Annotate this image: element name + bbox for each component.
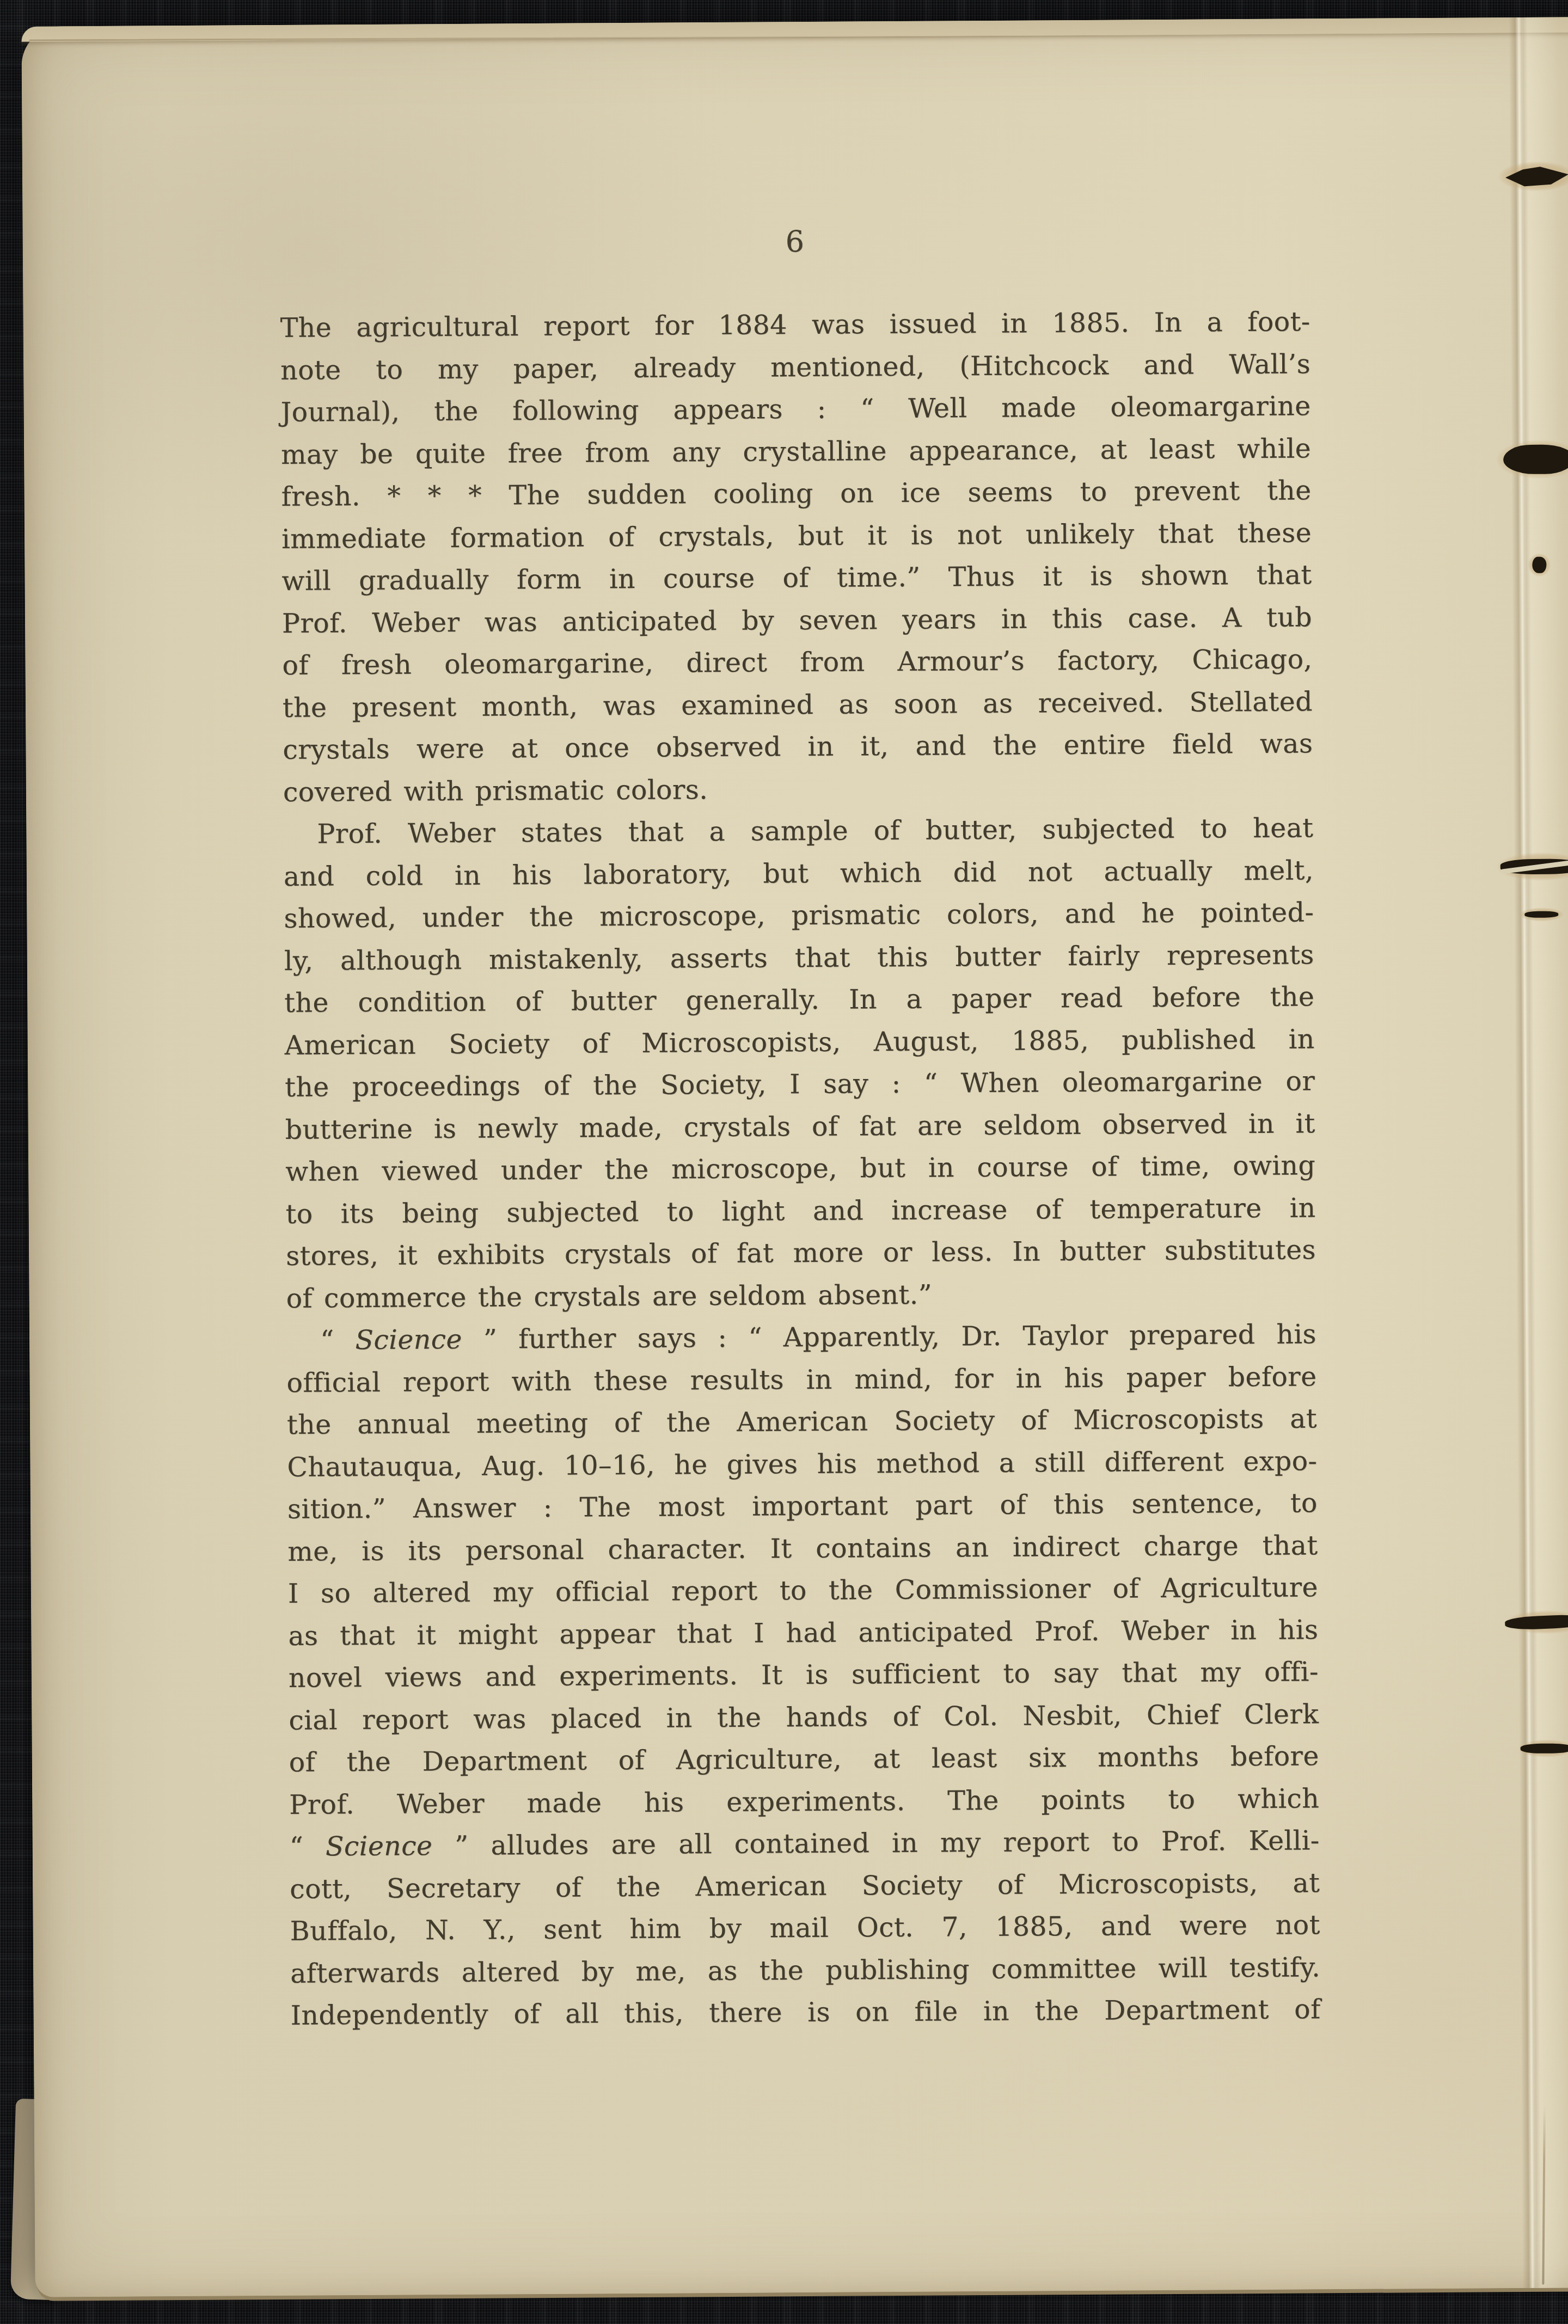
text-line: of fresh oleomargarine, direct from Armo…	[282, 638, 1312, 686]
text-line: official report with these results in mi…	[286, 1356, 1316, 1404]
text-line: immediate formation of crystals, but it …	[281, 512, 1312, 560]
book-page: 6 The agricultural report for 1884 was i…	[21, 17, 1568, 2297]
text-line: stores, it exhibits crystals of fat more…	[286, 1229, 1316, 1277]
text-line: crystals were at once observed in it, an…	[283, 722, 1313, 771]
text-line: the proceedings of the Society, I say : …	[285, 1060, 1315, 1108]
text-line: when viewed under the microscope, but in…	[285, 1144, 1315, 1193]
printed-content: 6 The agricultural report for 1884 was i…	[21, 17, 1568, 2297]
text-line: will gradually form in course of time.” …	[281, 554, 1312, 602]
page-number: 6	[280, 221, 1310, 262]
text-line: to its being subjected to light and incr…	[285, 1187, 1315, 1235]
text-line: “ Science ” alludes are all contained in…	[289, 1819, 1319, 1868]
text-line: showed, under the microscope, prismatic …	[284, 891, 1314, 940]
text-line: may be quite free from any crystalline a…	[281, 427, 1311, 476]
text-line: afterwards altered by me, as the publish…	[290, 1946, 1320, 1995]
text-line: “ Science ” further says : “ Apparently,…	[286, 1313, 1316, 1362]
text-line: cial report was placed in the hands of C…	[289, 1693, 1319, 1742]
page-text: The agricultural report for 1884 was iss…	[280, 301, 1320, 2037]
text-line: covered with prismatic colors.	[283, 765, 1313, 813]
text-line: the annual meeting of the American Socie…	[287, 1397, 1317, 1446]
text-line: American Society of Microscopists, Augus…	[284, 1018, 1314, 1066]
text-line: The agricultural report for 1884 was iss…	[280, 301, 1310, 349]
text-line: Prof. Weber made his experiments. The po…	[289, 1777, 1319, 1826]
text-line: Independently of all this, there is on f…	[290, 1988, 1320, 2037]
text-line: ly, although mistakenly, asserts that th…	[284, 934, 1314, 982]
text-line: as that it might appear that I had antic…	[288, 1609, 1318, 1657]
text-line: me, is its personal character. It contai…	[287, 1524, 1318, 1573]
text-line: cott, Secretary of the American Society …	[290, 1862, 1320, 1910]
text-line: of commerce the crystals are seldom abse…	[286, 1271, 1316, 1320]
text-line: Prof. Weber states that a sample of butt…	[283, 807, 1313, 855]
text-line: fresh. * * * The sudden cooling on ice s…	[281, 469, 1311, 518]
text-line: the present month, was examined as soon …	[283, 680, 1313, 729]
text-line: sition.” Answer : The most important par…	[287, 1482, 1318, 1530]
text-line: of the Department of Agriculture, at lea…	[289, 1735, 1319, 1783]
text-line: the condition of butter generally. In a …	[284, 976, 1314, 1024]
text-line: Chautauqua, Aug. 10–16, he gives his met…	[287, 1440, 1317, 1488]
text-line: novel views and experiments. It is suffi…	[289, 1651, 1319, 1699]
text-line: I so altered my official report to the C…	[288, 1566, 1318, 1615]
text-line: note to my paper, already mentioned, (Hi…	[280, 343, 1310, 391]
text-line: butterine is newly made, crystals of fat…	[285, 1102, 1315, 1151]
text-line: Journal), the following appears : “ Well…	[280, 385, 1310, 433]
text-line: and cold in his laboratory, but which di…	[284, 849, 1314, 898]
scan-background: 6 The agricultural report for 1884 was i…	[0, 0, 1568, 2324]
text-line: Buffalo, N. Y., sent him by mail Oct. 7,…	[290, 1904, 1320, 1952]
text-line: Prof. Weber was anticipated by seven yea…	[282, 596, 1312, 645]
